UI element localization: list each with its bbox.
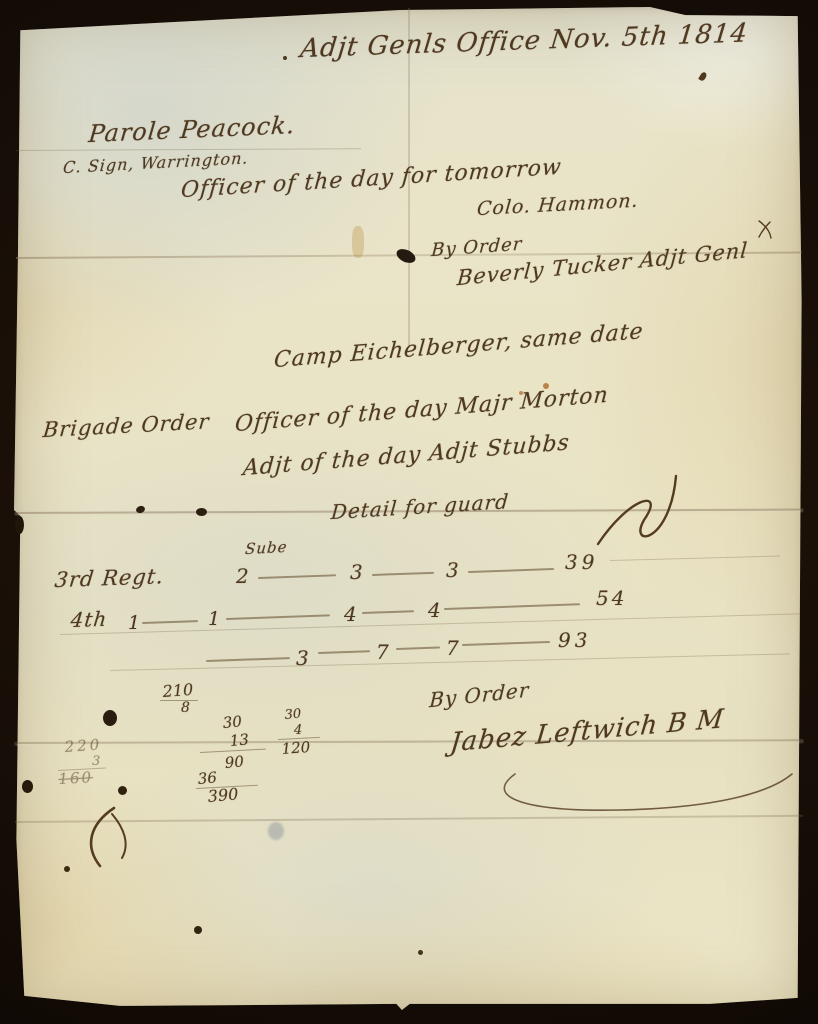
arithmetic-figure: 36 bbox=[197, 768, 218, 788]
ink-blot bbox=[15, 516, 24, 534]
flourish-brace bbox=[588, 462, 683, 557]
ink-blot bbox=[64, 866, 70, 872]
arithmetic-figure: 120 bbox=[281, 738, 311, 758]
table-cell: 2 bbox=[236, 564, 249, 588]
arithmetic-figure: 30 bbox=[284, 707, 302, 723]
row-unit: 3rd Regt. bbox=[53, 564, 165, 592]
photo-background: Adjt Genls Office Nov. 5th 1814 Parole P… bbox=[0, 0, 818, 1024]
table-cell: 3 bbox=[446, 558, 459, 582]
pen-stroke bbox=[108, 812, 136, 860]
table-cell: 93 bbox=[558, 628, 591, 652]
ink-blot bbox=[118, 786, 127, 795]
smudge bbox=[268, 822, 284, 840]
signature-swash bbox=[470, 768, 800, 823]
arithmetic-figure: 30 bbox=[222, 712, 243, 732]
stain bbox=[352, 226, 364, 258]
table-cell: 39 bbox=[565, 550, 598, 574]
table-cell: 4 bbox=[428, 598, 441, 622]
ink-speck bbox=[283, 56, 287, 60]
table-cell: 3 bbox=[350, 560, 363, 584]
row-unit: 4th bbox=[69, 607, 108, 632]
table-column-note: Sube bbox=[244, 538, 288, 558]
arithmetic-figure: 4 bbox=[294, 723, 302, 738]
arithmetic-figure: 220 bbox=[64, 735, 103, 756]
sum-line bbox=[160, 700, 198, 701]
stain bbox=[519, 391, 523, 395]
table-cell: 4 bbox=[344, 602, 357, 626]
arithmetic-figure: 160 bbox=[58, 768, 94, 788]
pen-stroke bbox=[756, 218, 774, 240]
arithmetic-figure: 210 bbox=[162, 680, 194, 701]
table-cell: 7 bbox=[376, 640, 389, 664]
arithmetic-figure: 3 bbox=[92, 754, 100, 769]
ink-blot bbox=[196, 508, 207, 516]
ink-blot bbox=[22, 780, 33, 793]
table-cell: 54 bbox=[596, 586, 627, 610]
arithmetic-figure: 8 bbox=[181, 700, 190, 716]
table-cell: 7 bbox=[446, 636, 459, 660]
arithmetic-figure: 13 bbox=[229, 730, 250, 750]
table-cell: 1 bbox=[128, 612, 140, 634]
ink-blot bbox=[103, 710, 117, 726]
stain bbox=[543, 383, 549, 389]
ink-blot bbox=[194, 926, 202, 934]
ink-blot bbox=[418, 950, 423, 955]
arithmetic-figure: 90 bbox=[224, 752, 245, 772]
table-cell: 1 bbox=[208, 608, 220, 630]
arithmetic-figure: 390 bbox=[207, 784, 239, 806]
